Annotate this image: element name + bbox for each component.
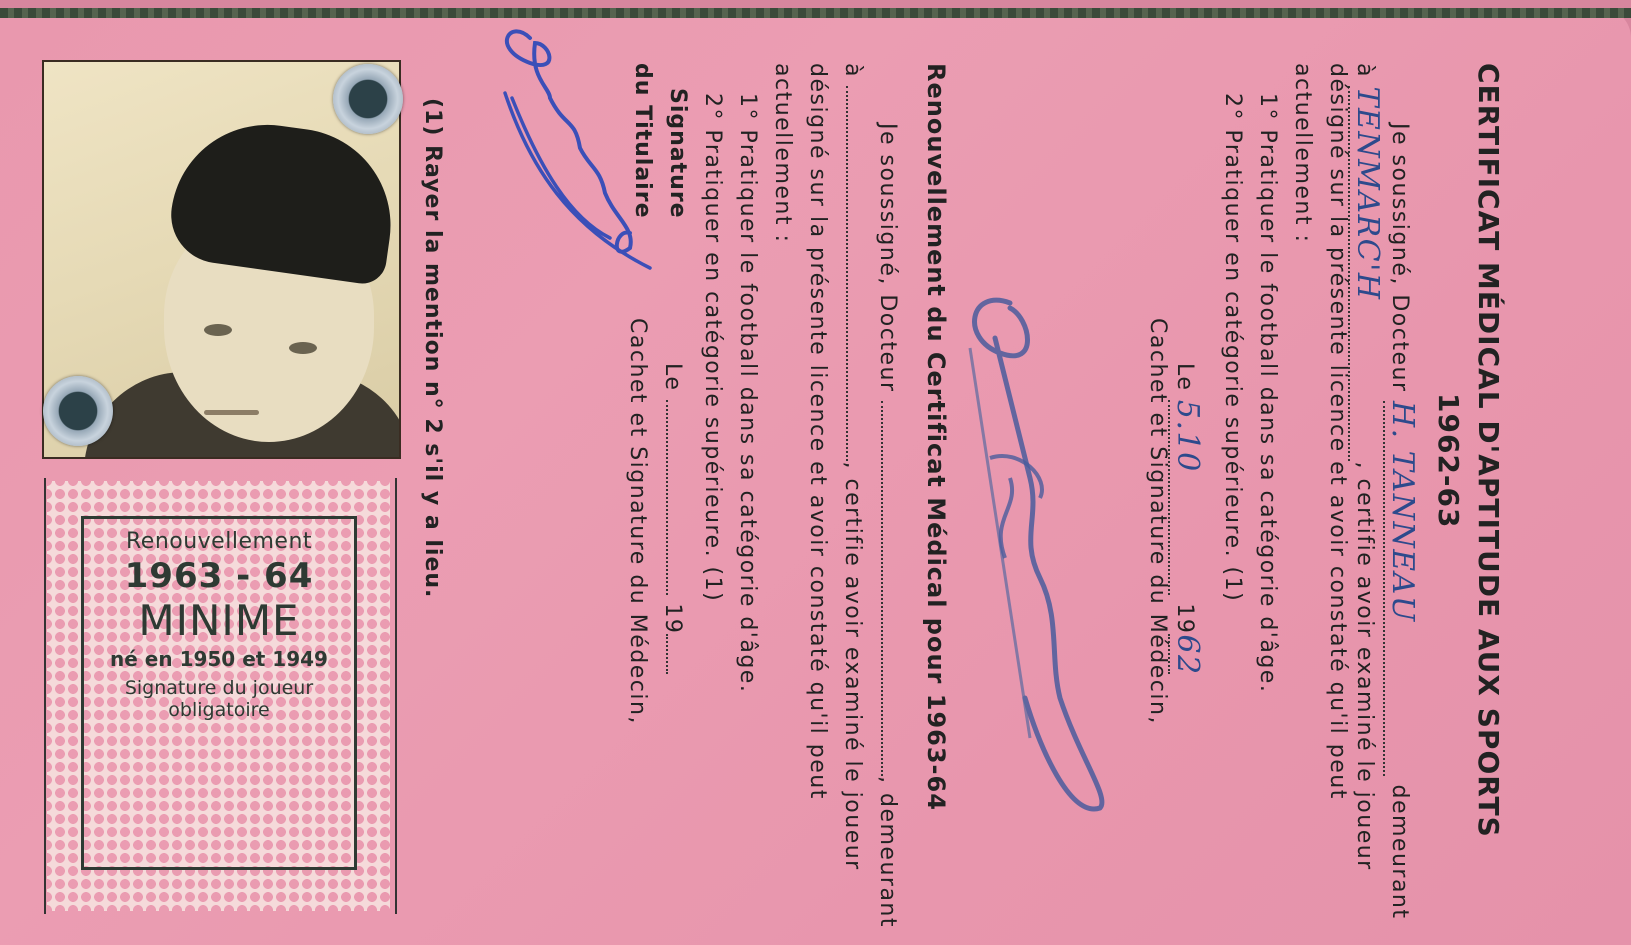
cert-line-2: à TENMARC'H, certifie avoir examiné le j… (1348, 63, 1385, 871)
cert-line1-suffix: demeurant (1387, 785, 1412, 920)
photo-mouth (204, 410, 259, 415)
renewal-line2-suffix: , certifie avoir examiné le joueur (840, 461, 865, 870)
renewal-line-2: à , certifie avoir examiné le joueur (840, 63, 865, 871)
cert-date-prefix: Le (1172, 363, 1197, 391)
cert-item-1: 1° Pratiquer le football dans sa catégor… (1255, 93, 1280, 693)
renewal-line-1: Je soussigné, Docteur , demeurant (875, 123, 900, 928)
cert-doctor-name: H. TANNEAU (1385, 401, 1420, 623)
renewal-item-2: 2° Pratiquer en catégorie supérieure. (1… (700, 93, 725, 602)
medical-certificate-card: CERTIFICAT MÉDICAL D'APTITUDE AUX SPORTS… (0, 8, 1631, 945)
cert-date-field[interactable]: 5.10 (1168, 400, 1205, 595)
cert-line-3: désigné sur la présente licence et avoir… (1325, 63, 1350, 800)
cert-year: 62 (1170, 634, 1205, 675)
footnote: (1) Rayer la mention n° 2 s'il y a lieu. (420, 98, 445, 598)
eyelet-rivet-top (333, 64, 403, 134)
renewal-line2-prefix: à (840, 63, 865, 78)
renewal-date-field[interactable] (666, 400, 668, 595)
photo-eye-right (289, 342, 317, 354)
cert-year-field[interactable]: 62 (1168, 634, 1205, 674)
eyelet-rivet-bottom (43, 376, 113, 446)
doctor-signature (950, 278, 1150, 818)
renewal-item-1: 1° Pratiquer le football dans sa catégor… (735, 93, 760, 693)
renewal-date-line: Le 19 (660, 363, 685, 674)
cert-line1-prefix: Je soussigné, Docteur (1387, 123, 1412, 393)
cert-line-1: Je soussigné, Docteur H. TANNEAU demeura… (1383, 123, 1420, 920)
certificate-season: 1962-63 (1432, 393, 1465, 529)
photo-eye-left (204, 324, 232, 336)
holder-signature (490, 18, 670, 278)
cert-date-line: Le 5.10 1962 (1168, 363, 1205, 674)
stamp-renewal-label: Renouvellement (84, 529, 354, 554)
cert-line2-prefix: à (1352, 63, 1377, 78)
stamp-signature-note-line2: obligatoire (84, 699, 354, 721)
cert-date: 5.10 (1170, 400, 1205, 473)
card-top-edge (0, 8, 1631, 18)
stamp-signature-note: Signature du joueur obligatoire (84, 677, 354, 721)
cert-doctor-field[interactable]: H. TANNEAU (1383, 401, 1420, 776)
renewal-line1-suffix: , demeurant (875, 776, 900, 928)
cert-line-4: actuellement : (1290, 63, 1315, 243)
renewal-line-3: désigné sur la présente licence et avoir… (805, 63, 830, 800)
cert-city-field[interactable]: TENMARC'H (1348, 86, 1385, 461)
renewal-year-field[interactable] (666, 634, 668, 674)
renewal-city-field[interactable] (846, 86, 848, 461)
renewal-line-4: actuellement : (770, 63, 795, 243)
stamp-birth-years: né en 1950 et 1949 (84, 647, 354, 671)
renewal-date-prefix: Le (660, 363, 685, 391)
renewal-doctor-field[interactable] (881, 401, 883, 776)
renewal-stamp-box: Renouvellement 1963 - 64 MINIME né en 19… (81, 516, 357, 870)
certificate-title: CERTIFICAT MÉDICAL D'APTITUDE AUX SPORTS (1472, 63, 1505, 838)
cert-item-2: 2° Pratiquer en catégorie supérieure. (1… (1220, 93, 1245, 602)
renewal-year-prefix: 19 (660, 603, 685, 634)
cert-city: TENMARC'H (1350, 86, 1385, 300)
stamp-signature-note-line1: Signature du joueur (84, 677, 354, 699)
stamp-season: 1963 - 64 (84, 556, 354, 596)
renewal-line1-prefix: Je soussigné, Docteur (875, 123, 900, 393)
renewal-stamp-caption: Cachet et Signature du Médecin, (625, 318, 650, 725)
stamp-category: MINIME (84, 596, 354, 645)
cert-line2-suffix: , certifie avoir examiné le joueur (1352, 461, 1377, 870)
cert-year-prefix: 19 (1172, 603, 1197, 634)
renewal-heading: Renouvellement du Certificat Médical pou… (922, 63, 950, 811)
